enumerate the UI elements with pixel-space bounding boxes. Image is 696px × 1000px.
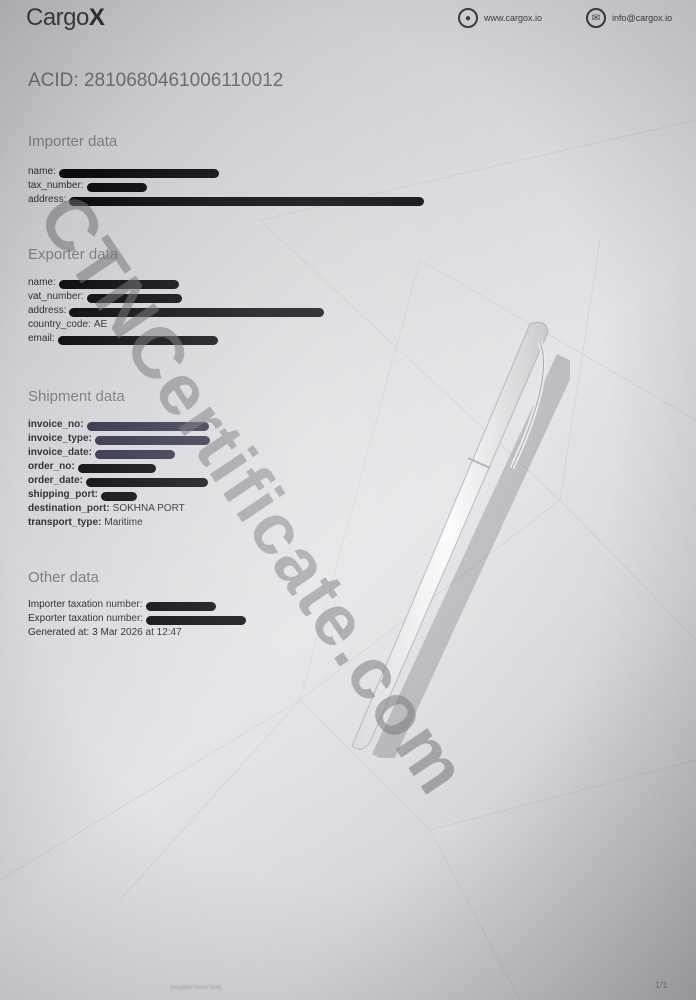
redaction-mark [78, 464, 156, 473]
redaction-mark [146, 616, 246, 625]
email-text: info@cargox.io [612, 13, 672, 23]
importer-tax-row: tax_number: [28, 179, 424, 193]
shipment-rows: invoice_no: invoice_type: invoice_date: … [28, 418, 210, 530]
generated-at-row: Generated at: 3 Mar 2026 at 12:47 [28, 626, 246, 640]
destination-port-row: destination_port: SOKHNA PORT [28, 502, 210, 516]
page-number: 1/1 [655, 980, 668, 990]
pen-object [340, 318, 570, 758]
other-section-title: Other data [28, 569, 99, 586]
acid-number: ACID: 2810680461006110012 [28, 70, 283, 92]
importer-name-row: name: [28, 165, 424, 179]
redaction-mark [146, 602, 216, 611]
redaction-mark [87, 294, 182, 303]
shipping-port-row: shipping_port: [28, 488, 210, 502]
order-date-row: order_date: [28, 474, 210, 488]
shipment-section-title: Shipment data [28, 388, 125, 405]
footer-text: [illegible footer text] [170, 985, 222, 991]
redaction-mark [95, 450, 175, 459]
redaction-mark [87, 422, 209, 431]
cargox-logo: CargoX [26, 4, 104, 32]
redaction-mark [87, 183, 147, 192]
exporter-email-row: email: [28, 332, 324, 346]
importer-address-row: address: [28, 193, 424, 207]
exporter-section-title: Exporter data [28, 246, 118, 263]
document-photo: CargoX ● www.cargox.io ✉ info@cargox.io … [0, 0, 696, 1000]
exporter-country-row: country_code: AE [28, 318, 324, 332]
exporter-address-row: address: [28, 304, 324, 318]
invoice-no-row: invoice_no: [28, 418, 210, 432]
redaction-mark [86, 478, 208, 487]
exporter-name-row: name: [28, 276, 324, 290]
website-contact: ● www.cargox.io [458, 8, 542, 28]
envelope-icon: ✉ [586, 8, 606, 28]
website-text: www.cargox.io [484, 13, 542, 23]
invoice-date-row: invoice_date: [28, 446, 210, 460]
transport-type-row: transport_type: Maritime [28, 516, 210, 530]
redaction-mark [69, 308, 324, 317]
redaction-mark [69, 197, 424, 206]
order-no-row: order_no: [28, 460, 210, 474]
exporter-rows: name: vat_number: address: country_code:… [28, 276, 324, 346]
redaction-mark [101, 492, 137, 501]
importer-taxation-row: Importer taxation number: [28, 598, 246, 612]
exporter-vat-row: vat_number: [28, 290, 324, 304]
redaction-mark [59, 280, 179, 289]
importer-rows: name: tax_number: address: [28, 165, 424, 207]
importer-section-title: Importer data [28, 133, 117, 150]
email-contact: ✉ info@cargox.io [586, 8, 672, 28]
globe-icon: ● [458, 8, 478, 28]
invoice-type-row: invoice_type: [28, 432, 210, 446]
redaction-mark [95, 436, 210, 445]
redaction-mark [58, 336, 218, 345]
exporter-taxation-row: Exporter taxation number: [28, 612, 246, 626]
redaction-mark [59, 169, 219, 178]
other-rows: Importer taxation number: Exporter taxat… [28, 598, 246, 640]
